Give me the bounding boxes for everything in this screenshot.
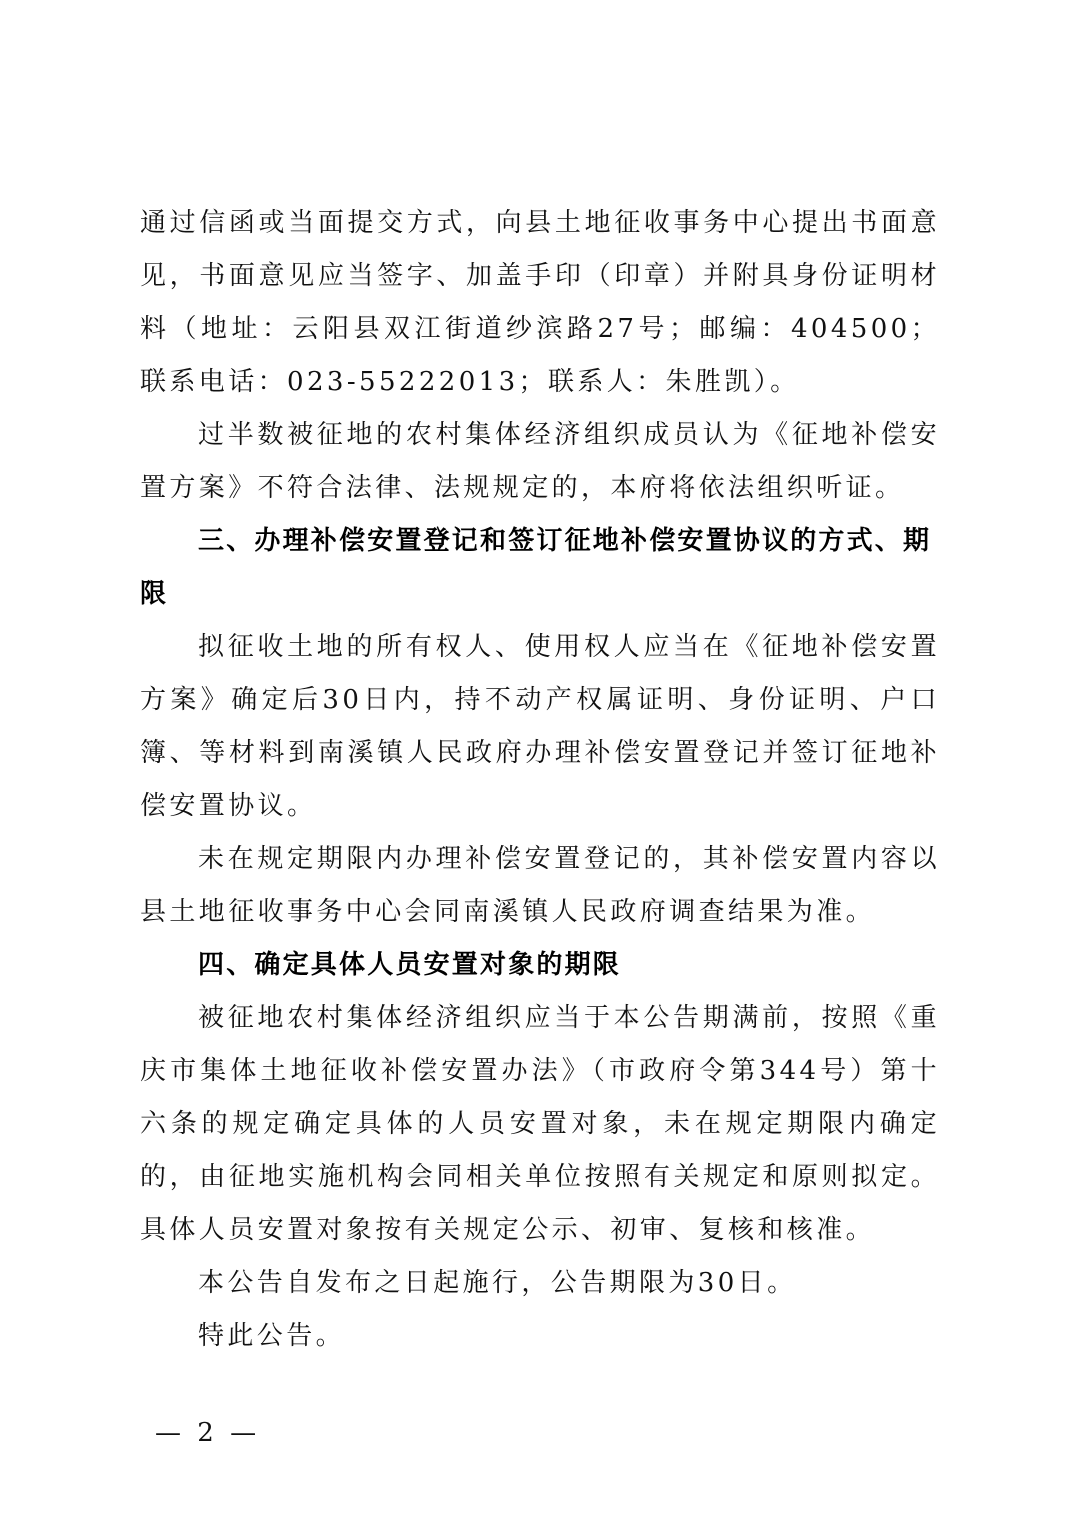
paragraph-closing: 特此公告。 <box>140 1310 940 1363</box>
paragraph-unregistered: 未在规定期限内办理补偿安置登记的，其补偿安置内容以县土地征收事务中心会同南溪镇人… <box>140 833 940 939</box>
paragraph-registration: 拟征收土地的所有权人、使用权人应当在《征地补偿安置方案》确定后30日内，持不动产… <box>140 621 940 833</box>
section-heading-3: 三、办理补偿安置登记和签订征地补偿安置协议的方式、期限 <box>140 515 940 621</box>
paragraph-hearing: 过半数被征地的农村集体经济组织成员认为《征地补偿安置方案》不符合法律、法规规定的… <box>140 409 940 515</box>
paragraph-resettlement-targets: 被征地农村集体经济组织应当于本公告期满前，按照《重庆市集体土地征收补偿安置办法》… <box>140 992 940 1257</box>
page-number: — 2 — <box>155 1418 260 1448</box>
document-page: 通过信函或当面提交方式，向县土地征收事务中心提出书面意见，书面意见应当签字、加盖… <box>140 197 940 1363</box>
section-heading-4: 四、确定具体人员安置对象的期限 <box>140 939 940 992</box>
paragraph-submission-method: 通过信函或当面提交方式，向县土地征收事务中心提出书面意见，书面意见应当签字、加盖… <box>140 197 940 409</box>
paragraph-effective-date: 本公告自发布之日起施行，公告期限为30日。 <box>140 1257 940 1310</box>
